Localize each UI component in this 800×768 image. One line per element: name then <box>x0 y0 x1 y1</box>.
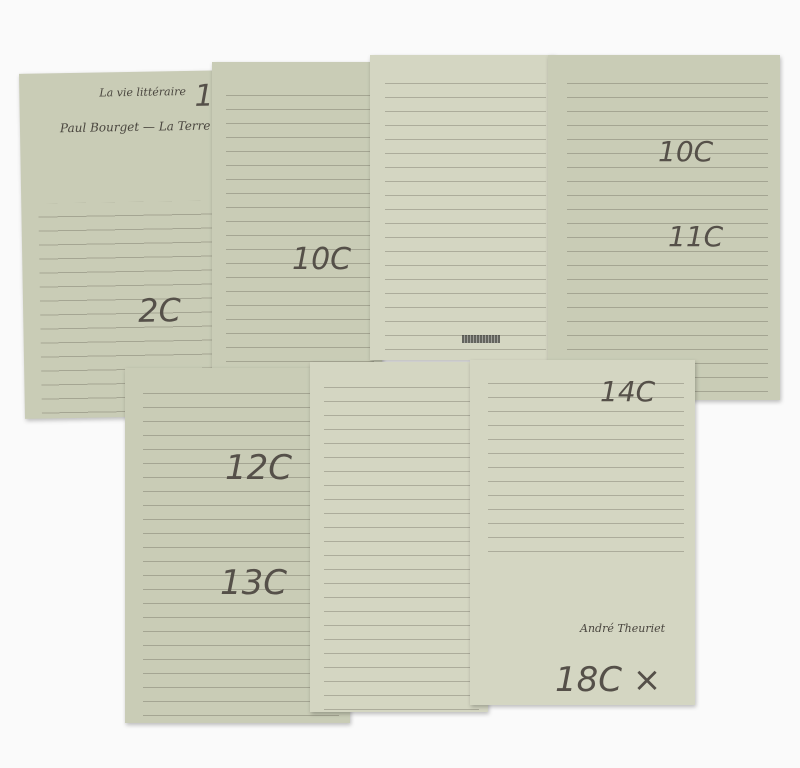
folio-mark: 10C <box>658 135 713 168</box>
manuscript-page-7: 14C André Theuriet 18C × <box>470 360 695 705</box>
signature: André Theuriet <box>580 622 665 635</box>
folio-mark: 11C <box>668 220 723 253</box>
manuscript-page-4: 10C 11C <box>548 55 780 400</box>
folio-mark: 14C <box>600 375 655 408</box>
folio-mark: 18C × <box>555 660 661 700</box>
manuscript-page-6 <box>310 362 488 712</box>
folio-mark: 2C <box>138 291 181 330</box>
stamp <box>462 335 500 343</box>
manuscript-page-3 <box>370 55 555 360</box>
manuscript-page-1: La vie littéraire Paul Bourget — La Terr… <box>19 70 240 419</box>
manuscript-page-2: 10C <box>212 62 382 392</box>
folio-mark: 12C <box>225 448 292 488</box>
folio-mark: 13C <box>220 563 287 603</box>
folio-mark: 10C <box>292 242 351 277</box>
page-heading: La vie littéraire <box>99 85 186 100</box>
